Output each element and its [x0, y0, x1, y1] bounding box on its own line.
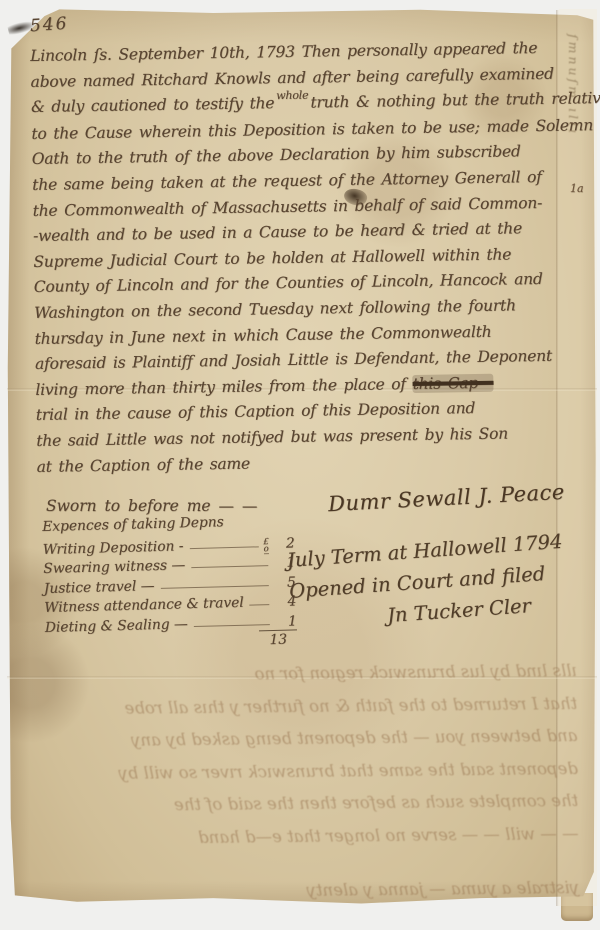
edge-docket-scribble: ſmnuſm ıllı — [566, 34, 581, 194]
leader-line — [189, 546, 258, 549]
bleed-line: and between you — the deponent beıng ask… — [17, 720, 577, 758]
bleed-line: — — will — — serve no longer that e—d ha… — [18, 818, 578, 856]
edge-mark: 1a — [570, 182, 584, 195]
bleed-line: ılls lınd by lus brunswıck regıon for no — [17, 655, 577, 693]
sworn-attestation: Sworn to before me — — — [46, 497, 257, 515]
leader-line — [250, 604, 270, 606]
page-number: 546 — [29, 14, 69, 37]
interlinear-insertion: whole — [276, 83, 309, 109]
bleed-through-text: ılls lınd by lus brunswıck regıon for no… — [17, 655, 580, 910]
document-scan: 546 Lincoln ſs. September 10th, 1793 The… — [0, 0, 600, 930]
deposition-body: Lincoln ſs. September 10th, 1793 Then pe… — [30, 35, 585, 480]
fee-schedule: Expences of taking Depns Writing Deposit… — [42, 512, 297, 653]
currency-mark: £o — [263, 539, 269, 554]
leader-line — [191, 565, 268, 568]
court-endorsement: July Term at Hallowell 1794 Opened in Co… — [286, 526, 568, 638]
bleed-line: the complete such as before then the sai… — [18, 785, 578, 823]
bleed-line: yistrale a yuma — janna y alenty — [19, 872, 579, 910]
struck-text: this Cap— — [412, 373, 493, 392]
leader-line — [160, 585, 268, 589]
leader-line — [194, 624, 270, 627]
